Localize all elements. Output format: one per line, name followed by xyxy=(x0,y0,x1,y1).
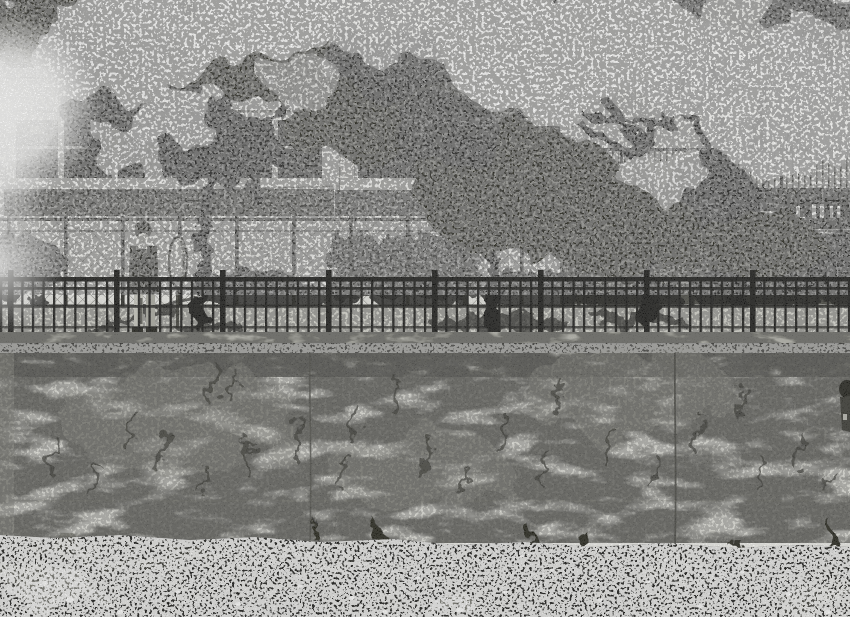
photo-canvas xyxy=(0,0,850,617)
film-grain xyxy=(0,0,850,617)
photograph: Blossoming cherry trees line a promenade… xyxy=(0,0,850,617)
